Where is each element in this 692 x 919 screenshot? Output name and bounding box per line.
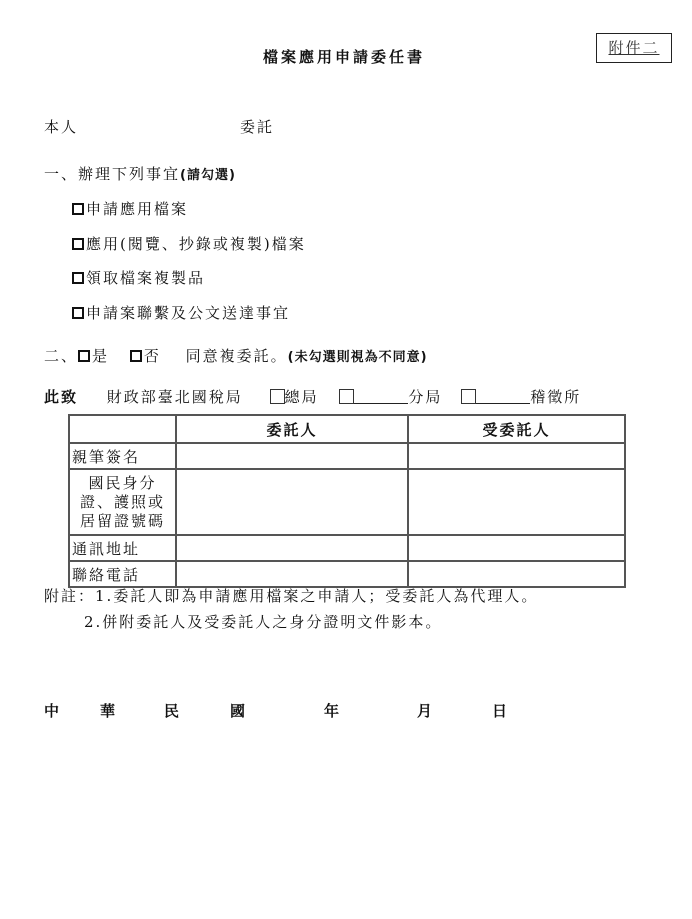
hq-label: 總局	[285, 388, 319, 406]
header-empty	[69, 415, 176, 443]
checkbox-hq-icon[interactable]	[270, 389, 285, 404]
table-row: 聯絡電話	[69, 561, 625, 587]
principal-id-cell[interactable]	[176, 469, 408, 535]
checkbox-yes-icon[interactable]	[78, 350, 90, 362]
note-item: 2.併附委託人及受委託人之身分證明文件影本。	[84, 613, 442, 631]
addressee-line: 此致 財政部臺北國稅局 總局 分局 稽徵所	[44, 386, 581, 407]
section1-note: (請勾選)	[180, 168, 236, 183]
section1-title: 一、辦理下列事宜	[44, 165, 180, 183]
branch-label: 分局	[408, 388, 442, 406]
branch-blank-field[interactable]	[354, 389, 408, 404]
option-label: 申請案聯繫及公文送達事宜	[86, 304, 290, 322]
option-label: 領取檔案複製品	[86, 269, 205, 287]
agent-phone-cell[interactable]	[408, 561, 625, 587]
row-label-phone: 聯絡電話	[69, 561, 176, 587]
option-receive-copies[interactable]: 領取檔案複製品	[72, 267, 205, 288]
row-label-address: 通訊地址	[69, 535, 176, 561]
agent-address-cell[interactable]	[408, 535, 625, 561]
date-char-zhong: 中	[44, 700, 59, 721]
annex-label-box: 附件二	[596, 33, 672, 63]
section2-note: (未勾選則視為不同意)	[288, 350, 428, 365]
label-line: 居留證號碼	[72, 512, 173, 531]
agent-signature-cell[interactable]	[408, 443, 625, 469]
header-principal: 委託人	[176, 415, 408, 443]
notes-prefix: 附註：	[44, 587, 95, 605]
row-label-signature: 親筆簽名	[69, 443, 176, 469]
signature-table: 委託人 受委託人 親筆簽名 國民身分 證、護照或 居留證號碼 通訊地址 聯絡電話	[68, 414, 626, 588]
table-header-row: 委託人 受委託人	[69, 415, 625, 443]
option-apply-archives[interactable]: 申請應用檔案	[72, 198, 188, 219]
option-contact-delivery[interactable]: 申請案聯繫及公文送達事宜	[72, 302, 290, 323]
section2-prefix: 二、	[44, 347, 78, 365]
row-label-id-number: 國民身分 證、護照或 居留證號碼	[69, 469, 176, 535]
date-char-month: 月	[417, 700, 432, 721]
office-blank-field[interactable]	[476, 389, 530, 404]
date-char-min: 民	[164, 700, 179, 721]
option-label: 應用(閱覽、抄錄或複製)檔案	[86, 235, 306, 253]
table-row: 親筆簽名	[69, 443, 625, 469]
note-line-1: 附註：1.委託人即為申請應用檔案之申請人；受委託人為代理人。	[44, 585, 538, 606]
label-line: 證、護照或	[72, 493, 173, 512]
note-line-2: 2.併附委託人及受委託人之身分證明文件影本。	[84, 611, 442, 632]
self-label: 本人	[44, 116, 78, 137]
checkbox-icon[interactable]	[72, 238, 84, 250]
principal-phone-cell[interactable]	[176, 561, 408, 587]
checkbox-icon[interactable]	[72, 203, 84, 215]
checkbox-icon[interactable]	[72, 307, 84, 319]
date-char-year: 年	[324, 700, 339, 721]
label-line: 國民身分	[72, 474, 173, 493]
checkbox-no-icon[interactable]	[130, 350, 142, 362]
principal-address-cell[interactable]	[176, 535, 408, 561]
table-row: 通訊地址	[69, 535, 625, 561]
document-title: 檔案應用申請委任書	[263, 46, 425, 67]
annex-label: 附件二	[608, 39, 659, 57]
no-label: 否	[144, 347, 161, 365]
note-item: 1.委託人即為申請應用檔案之申請人；受委託人為代理人。	[95, 587, 538, 605]
addressee-prefix: 此致	[44, 388, 78, 406]
section2-line: 二、是 否 同意複委託。(未勾選則視為不同意)	[44, 345, 428, 366]
date-char-hua: 華	[100, 700, 115, 721]
option-label: 申請應用檔案	[86, 200, 188, 218]
date-char-guo: 國	[230, 700, 245, 721]
date-char-day: 日	[492, 700, 507, 721]
checkbox-branch-icon[interactable]	[339, 389, 354, 404]
entrust-label: 委託	[240, 116, 274, 137]
principal-signature-cell[interactable]	[176, 443, 408, 469]
office-label: 稽徵所	[530, 388, 581, 406]
section1-heading: 一、辦理下列事宜(請勾選)	[44, 163, 236, 184]
agency-name: 財政部臺北國稅局	[107, 388, 243, 406]
agent-id-cell[interactable]	[408, 469, 625, 535]
table-row: 國民身分 證、護照或 居留證號碼	[69, 469, 625, 535]
yes-label: 是	[92, 347, 109, 365]
checkbox-office-icon[interactable]	[461, 389, 476, 404]
option-use-archives[interactable]: 應用(閱覽、抄錄或複製)檔案	[72, 233, 306, 254]
checkbox-icon[interactable]	[72, 272, 84, 284]
header-agent: 受委託人	[408, 415, 625, 443]
section2-text: 同意複委託。	[186, 347, 288, 365]
